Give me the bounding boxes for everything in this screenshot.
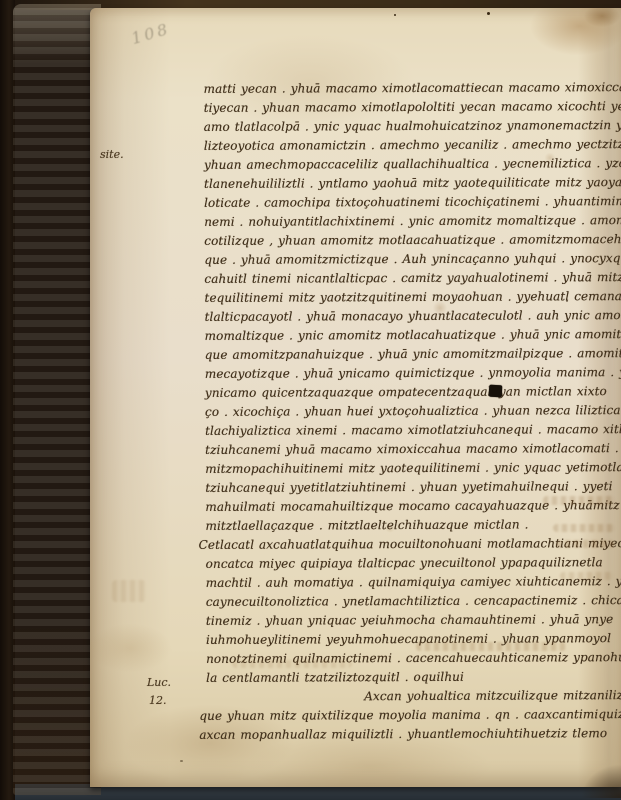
ink-speck — [487, 12, 490, 15]
ink-blot — [489, 385, 503, 398]
ink-bleedthrough — [543, 496, 615, 505]
ink-bleedthrough — [560, 572, 614, 580]
text-line: machtil . auh momatiya . quilnamiquiya c… — [206, 572, 618, 593]
text-line: ynicamo quicentzaquazque ompatecentzaqua… — [205, 382, 617, 403]
text-line: que . yhuā amomitzmictizque . Auh yninca… — [204, 249, 616, 270]
text-line: tlachiyaliztica xinemi . macamo ximotlat… — [205, 420, 617, 441]
text-line: mecayotizque . yhuā ynicamo quimictizque… — [205, 363, 617, 384]
page-leaves-edge — [13, 4, 101, 795]
margin-note-luc-number: 12. — [149, 694, 167, 707]
text-line: matti yecan . yhuā macamo ximotlacomatti… — [204, 78, 616, 99]
text-line: cotilizque , yhuan amomitz motlaacahuati… — [204, 230, 616, 251]
text-line: tequilitinemi mitz yaotzitzquitinemi moy… — [204, 287, 616, 308]
text-line: Axcan yohualtica mitzcuilizque mitzanili… — [206, 686, 618, 707]
ink-bleedthrough — [556, 540, 614, 548]
ink-speck — [180, 760, 183, 762]
text-line: tiyecan . yhuan macamo ximotlapololtiti … — [204, 97, 616, 118]
text-line: momaltizque . ynic amomitz motlacahuatiz… — [205, 325, 617, 346]
text-line: Cetlacatl axcahuatlatquihua mocuiltonohu… — [199, 534, 618, 555]
ink-bleedthrough — [112, 580, 146, 602]
text-line: axcan mopanhuallaz miquiliztli . yhuantl… — [199, 724, 618, 745]
text-line: tlalticpacayotl . yhuā monacayo yhuantla… — [205, 306, 617, 327]
ink-bleedthrough — [232, 660, 352, 668]
text-line: loticate . camochipa tixtoçohuatinemi ti… — [204, 192, 616, 213]
ink-bleedthrough — [553, 524, 615, 532]
ink-bleedthrough — [416, 642, 566, 651]
page-corner-shadow — [581, 764, 621, 798]
text-line: que amomitzpanahuizque . yhuā ynic amomi… — [205, 344, 617, 365]
text-line: oncatca miyec quipiaya tlalticpac ynecui… — [206, 553, 618, 574]
text-line: tziuhcanemi yhuā macamo ximoxiccahua mac… — [205, 439, 617, 460]
text-line: la centlamantli tzatziliztozquitl . oqui… — [206, 667, 618, 688]
text-line: ço . xicochiça . yhuan huei yxtoçohualiz… — [205, 401, 617, 422]
text-line: yhuan amechmopaccaceliliz quallachihualt… — [204, 154, 616, 175]
text-line: lizteoyotica amonamictzin . amechmo yeca… — [204, 135, 616, 156]
margin-note-luc: Luc. — [147, 676, 171, 689]
text-line: caynecuiltonoliztica . ynetlamachtilizti… — [206, 591, 618, 612]
text-line: tinemiz . yhuan yniquac yeiuhmocha chama… — [206, 610, 618, 631]
text-line: amo tlatlacolpā . ynic yquac hualmohuica… — [204, 116, 616, 137]
text-line: tziuhcanequi yyetitlatziuhtinemi . yhuan… — [205, 477, 617, 498]
text-line: cahuitl tinemi nicantlalticpac . camitz … — [204, 268, 616, 289]
text-line: nemi . nohuiyantitlachixtinemi . ynic am… — [204, 211, 616, 232]
manuscript-photo: 108 site. Luc. 12. matti yecan . yhuā ma… — [0, 0, 621, 800]
ink-speck — [566, 300, 568, 302]
text-line: tlanenehuililiztli . yntlamo yaohuā mitz… — [204, 173, 616, 194]
ink-speck — [394, 14, 396, 16]
text-line: mitzmopachihuitinemi mitz yaotequilitine… — [205, 458, 617, 479]
text-line: que yhuan mitz quixtilizque moyolia mani… — [199, 705, 618, 726]
margin-note-site: site. — [100, 148, 124, 161]
